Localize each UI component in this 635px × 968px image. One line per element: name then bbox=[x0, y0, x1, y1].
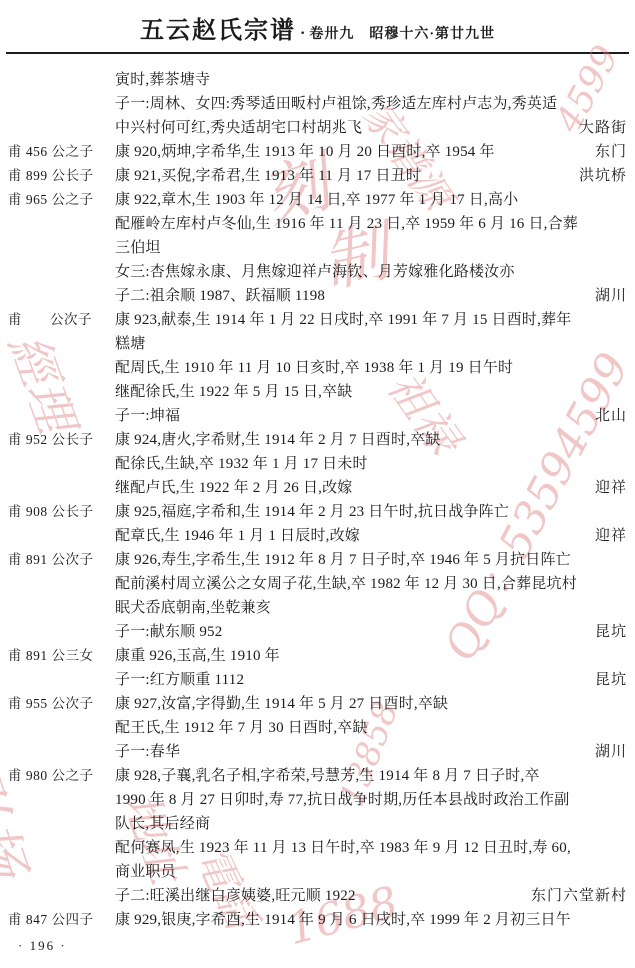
genealogy-row: 眠犬岙底朝南,坐乾兼亥 bbox=[0, 596, 635, 620]
genealogy-row: 配前溪村周立溪公之女周子花,生缺,卒 1982 年 12 月 30 日,合葬昆坑… bbox=[0, 572, 635, 596]
genealogy-row: 子一:周林、女四:秀琴适田畈村卢祖馀,秀珍适左库村卢志为,秀英适 bbox=[0, 92, 635, 116]
entry-text: 康 927,汝富,字得勤,生 1914 年 5 月 27 日酉时,卒缺 bbox=[115, 692, 448, 716]
entry-text: 康 925,福庭,字希和,生 1914 年 2 月 23 日午时,抗日战争阵亡 bbox=[115, 500, 509, 524]
genealogy-row: 1990 年 8 月 27 日卯时,寿 77,抗日战争时期,历任本县战时政治工作… bbox=[0, 788, 635, 812]
entry-text: 子一:春华 bbox=[115, 740, 180, 764]
entry-text: 子一:坤福 bbox=[115, 404, 180, 428]
ancestor-ref-label: 甫 公次子 bbox=[0, 308, 115, 332]
residence-label: 北山 bbox=[595, 404, 635, 428]
entry-text: 子一:红方顺重 1112 bbox=[115, 668, 244, 692]
ancestor-ref-label: 甫 952 公长子 bbox=[0, 428, 115, 452]
entry-text: 康 921,买倪,字希君,生 1913 年 11 月 17 日丑时 bbox=[115, 164, 421, 188]
genealogy-row: 配周氏,生 1910 年 11 月 10 日亥时,卒 1938 年 1 月 19… bbox=[0, 356, 635, 380]
residence-label: 昆坑 bbox=[595, 668, 635, 692]
genealogy-row: 配何赛凤,生 1923 年 11 月 13 日午时,卒 1983 年 9 月 1… bbox=[0, 836, 635, 860]
ancestor-ref-label: 甫 965 公之子 bbox=[0, 188, 115, 212]
entry-text: 康 928,子襄,乳名子相,字希荣,号慧芳,生 1914 年 8 月 7 日子时… bbox=[115, 764, 540, 788]
ancestor-ref-label: 甫 891 公次子 bbox=[0, 548, 115, 572]
entry-text: 康 924,唐火,字希财,生 1914 年 2 月 7 日酉时,卒缺 bbox=[115, 428, 441, 452]
entry-text: 配章氏,生 1946 年 1 月 1 日辰时,改嫁 bbox=[115, 524, 360, 548]
entry-text: 女三:杏焦嫁永康、月焦嫁迎祥卢海钦、月芳嫁雅化路楼汝亦 bbox=[115, 260, 515, 284]
entry-text: 1990 年 8 月 27 日卯时,寿 77,抗日战争时期,历任本县战时政治工作… bbox=[115, 788, 569, 812]
genealogy-row: 甫 899 公长子康 921,买倪,字希君,生 1913 年 11 月 17 日… bbox=[0, 164, 635, 188]
genealogy-row: 配章氏,生 1946 年 1 月 1 日辰时,改嫁迎祥 bbox=[0, 524, 635, 548]
entry-text: 配徐氏,生缺,卒 1932 年 1 月 17 日未时 bbox=[115, 452, 368, 476]
genealogy-row: 子一:坤福北山 bbox=[0, 404, 635, 428]
genealogy-row: 甫 891 公次子康 926,寿生,字希生,生 1912 年 8 月 7 日子时… bbox=[0, 548, 635, 572]
entry-text: 康重 926,玉高,生 1910 年 bbox=[115, 644, 280, 668]
entry-text: 中兴村何可红,秀央适胡宅口村胡兆飞 bbox=[115, 116, 362, 140]
entry-text: 配雁岭左库村卢冬仙,生 1916 年 11 月 23 日,卒 1959 年 6 … bbox=[115, 212, 578, 236]
entry-text: 商业职员 bbox=[115, 860, 176, 884]
ancestor-ref-label: 甫 847 公四子 bbox=[0, 908, 115, 932]
entry-text: 寅时,葬茶塘寺 bbox=[115, 68, 210, 92]
entry-text: 子二:祖余顺 1987、跃福顺 1198 bbox=[115, 284, 325, 308]
residence-label: 大路街 bbox=[579, 116, 635, 140]
entry-text: 康 929,银庚,字希酉,生 1914 年 9 月 6 日戌时,卒 1999 年… bbox=[115, 908, 571, 932]
title-separator-dot: · bbox=[300, 25, 305, 42]
residence-label: 东门六堂新村 bbox=[531, 884, 635, 908]
entry-text: 康 920,炳坤,字希华,生 1913 年 10 月 20 日酉时,卒 1954… bbox=[115, 140, 495, 164]
page-number: · 196 · bbox=[18, 938, 67, 954]
genealogy-row: 糕塘 bbox=[0, 332, 635, 356]
residence-label: 东门 bbox=[595, 140, 635, 164]
genealogy-row: 配王氏,生 1912 年 7 月 30 日酉时,卒缺 bbox=[0, 716, 635, 740]
genealogy-row: 配徐氏,生缺,卒 1932 年 1 月 17 日未时 bbox=[0, 452, 635, 476]
genealogy-row: 中兴村何可红,秀央适胡宅口村胡兆飞大路街 bbox=[0, 116, 635, 140]
genealogy-row: 甫 980 公之子康 928,子襄,乳名子相,字希荣,号慧芳,生 1914 年 … bbox=[0, 764, 635, 788]
entry-text: 子二:旺溪出继白彦姨婆,旺元顺 1922 bbox=[115, 884, 356, 908]
residence-label: 昆坑 bbox=[595, 620, 635, 644]
residence-label: 迎祥 bbox=[595, 476, 635, 500]
entry-text: 配王氏,生 1912 年 7 月 30 日酉时,卒缺 bbox=[115, 716, 368, 740]
genealogy-row: 继配徐氏,生 1922 年 5 月 15 日,卒缺 bbox=[0, 380, 635, 404]
ancestor-ref-label: 甫 456 公之子 bbox=[0, 140, 115, 164]
volume-subtitle: 卷卅九 昭穆十六·第廿九世 bbox=[309, 27, 495, 42]
genealogy-row: 甫 952 公长子康 924,唐火,字希财,生 1914 年 2 月 7 日酉时… bbox=[0, 428, 635, 452]
genealogy-row: 配雁岭左库村卢冬仙,生 1916 年 11 月 23 日,卒 1959 年 6 … bbox=[0, 212, 635, 236]
genealogy-entries: 寅时,葬茶塘寺子一:周林、女四:秀琴适田畈村卢祖馀,秀珍适左库村卢志为,秀英适中… bbox=[0, 68, 635, 932]
entry-text: 三伯坦 bbox=[115, 236, 161, 260]
genealogy-row: 商业职员 bbox=[0, 860, 635, 884]
ancestor-ref-label: 甫 899 公长子 bbox=[0, 164, 115, 188]
genealogy-row: 甫 965 公之子康 922,章木,生 1903 年 12 月 14 日,卒 1… bbox=[0, 188, 635, 212]
entry-text: 继配卢氏,生 1922 年 2 月 26 日,改嫁 bbox=[115, 476, 353, 500]
residence-label: 迎祥 bbox=[595, 524, 635, 548]
ancestor-ref-label: 甫 980 公之子 bbox=[0, 764, 115, 788]
genealogy-row: 子一:红方顺重 1112昆坑 bbox=[0, 668, 635, 692]
genealogy-row: 甫 456 公之子康 920,炳坤,字希华,生 1913 年 10 月 20 日… bbox=[0, 140, 635, 164]
ancestor-ref-label: 甫 955 公次子 bbox=[0, 692, 115, 716]
page-header: 五云赵氏宗谱·卷卅九 昭穆十六·第廿九世 bbox=[0, 0, 635, 45]
genealogy-row: 子一:献东顺 952昆坑 bbox=[0, 620, 635, 644]
genealogy-row: 女三:杏焦嫁永康、月焦嫁迎祥卢海钦、月芳嫁雅化路楼汝亦 bbox=[0, 260, 635, 284]
entry-text: 配何赛凤,生 1923 年 11 月 13 日午时,卒 1983 年 9 月 1… bbox=[115, 836, 571, 860]
book-title: 五云赵氏宗谱 bbox=[140, 18, 296, 44]
entry-text: 眠犬岙底朝南,坐乾兼亥 bbox=[115, 596, 271, 620]
entry-text: 配前溪村周立溪公之女周子花,生缺,卒 1982 年 12 月 30 日,合葬昆坑… bbox=[115, 572, 577, 596]
entry-text: 康 926,寿生,字希生,生 1912 年 8 月 7 日子时,卒 1946 年… bbox=[115, 548, 571, 572]
entry-text: 子一:献东顺 952 bbox=[115, 620, 222, 644]
genealogy-page: 刻制家谱源祖禄QQ：535945994599經理地址電話138581688弘扬 … bbox=[0, 0, 635, 968]
genealogy-row: 子二:旺溪出继白彦姨婆,旺元顺 1922东门六堂新村 bbox=[0, 884, 635, 908]
header-divider bbox=[6, 52, 629, 54]
genealogy-row: 队长,其后经商 bbox=[0, 812, 635, 836]
genealogy-row: 甫 847 公四子康 929,银庚,字希酉,生 1914 年 9 月 6 日戌时… bbox=[0, 908, 635, 932]
genealogy-row: 甫 公次子康 923,献泰,生 1914 年 1 月 22 日戌时,卒 1991… bbox=[0, 308, 635, 332]
entry-text: 队长,其后经商 bbox=[115, 812, 210, 836]
genealogy-row: 继配卢氏,生 1922 年 2 月 26 日,改嫁迎祥 bbox=[0, 476, 635, 500]
entry-text: 继配徐氏,生 1922 年 5 月 15 日,卒缺 bbox=[115, 380, 353, 404]
entry-text: 配周氏,生 1910 年 11 月 10 日亥时,卒 1938 年 1 月 19… bbox=[115, 356, 513, 380]
genealogy-row: 三伯坦 bbox=[0, 236, 635, 260]
ancestor-ref-label: 甫 908 公长子 bbox=[0, 500, 115, 524]
entry-text: 康 922,章木,生 1903 年 12 月 14 日,卒 1977 年 1 月… bbox=[115, 188, 518, 212]
residence-label: 洪坑桥 bbox=[579, 164, 635, 188]
genealogy-row: 子一:春华湖川 bbox=[0, 740, 635, 764]
residence-label: 湖川 bbox=[595, 740, 635, 764]
entry-text: 子一:周林、女四:秀琴适田畈村卢祖馀,秀珍适左库村卢志为,秀英适 bbox=[115, 92, 557, 116]
ancestor-ref-label: 甫 891 公三女 bbox=[0, 644, 115, 668]
genealogy-row: 子二:祖余顺 1987、跃福顺 1198湖川 bbox=[0, 284, 635, 308]
genealogy-row: 寅时,葬茶塘寺 bbox=[0, 68, 635, 92]
entry-text: 糕塘 bbox=[115, 332, 145, 356]
entry-text: 康 923,献泰,生 1914 年 1 月 22 日戌时,卒 1991 年 7 … bbox=[115, 308, 571, 332]
genealogy-row: 甫 908 公长子康 925,福庭,字希和,生 1914 年 2 月 23 日午… bbox=[0, 500, 635, 524]
residence-label: 湖川 bbox=[595, 284, 635, 308]
genealogy-row: 甫 955 公次子康 927,汝富,字得勤,生 1914 年 5 月 27 日酉… bbox=[0, 692, 635, 716]
genealogy-row: 甫 891 公三女康重 926,玉高,生 1910 年 bbox=[0, 644, 635, 668]
